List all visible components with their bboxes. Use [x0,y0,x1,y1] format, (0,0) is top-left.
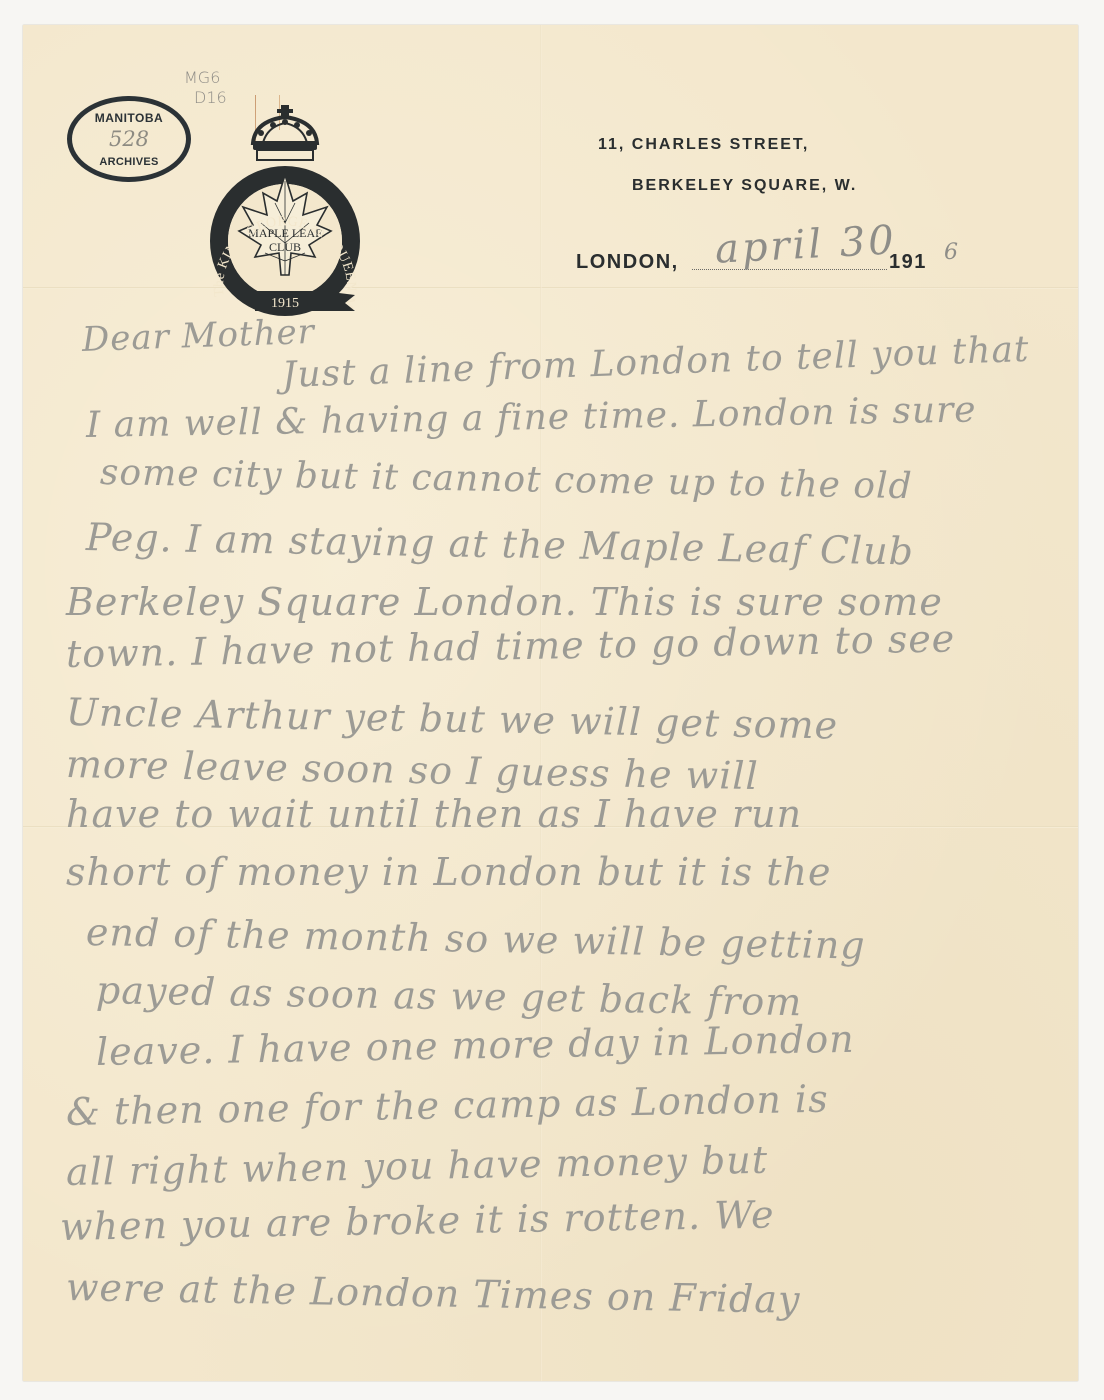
svg-text:1915: 1915 [271,296,299,311]
stamp-number: 528 [72,127,186,151]
stamp-bottom-text: ARCHIVES [72,156,186,168]
handwritten-date: april 30 [714,217,898,272]
maple-leaf-club-emblem-icon: MAPLE LEAF CLUB The KING GEORGE and QUEE… [205,103,365,318]
fold-line [23,287,1078,289]
svg-text:CLUB: CLUB [269,240,301,254]
letterhead-address-line2: BERKELEY SQUARE, W. [632,177,857,195]
archive-stamp: MANITOBA 528 ARCHIVES [67,96,191,182]
reference-code: MG6 D16 [184,68,227,108]
letter-line: short of money in London but it is the [66,850,831,894]
stamp-top-text: MANITOBA [72,111,186,125]
letter-line: have to wait until then as I have run [66,792,802,836]
letterhead-year-prefix: 191 [889,251,927,274]
salutation: Dear Mother [81,312,315,360]
letterhead-city: LONDON, [576,251,679,274]
letterhead-address-line1: 11, CHARLES STREET, [598,136,809,154]
reference-code-line1: MG6 [184,68,227,88]
letter-line: Berkeley Square London. This is sure som… [66,580,943,624]
handwritten-year-digit: 6 [944,240,958,265]
